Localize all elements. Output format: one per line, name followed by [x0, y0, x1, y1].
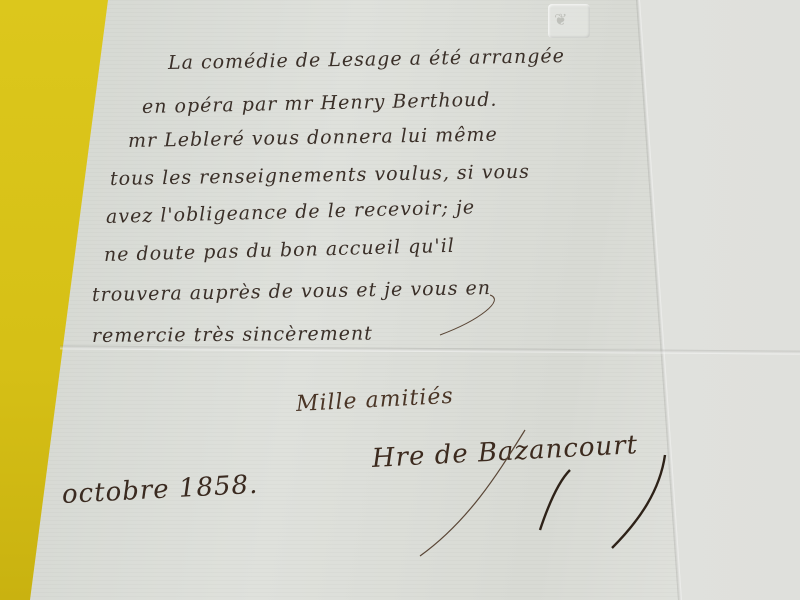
embossed-stamp-icon: ❦	[554, 10, 567, 29]
body-line-8: remercie très sincèrement	[92, 323, 373, 347]
embossed-stamp: ❦	[548, 4, 590, 38]
